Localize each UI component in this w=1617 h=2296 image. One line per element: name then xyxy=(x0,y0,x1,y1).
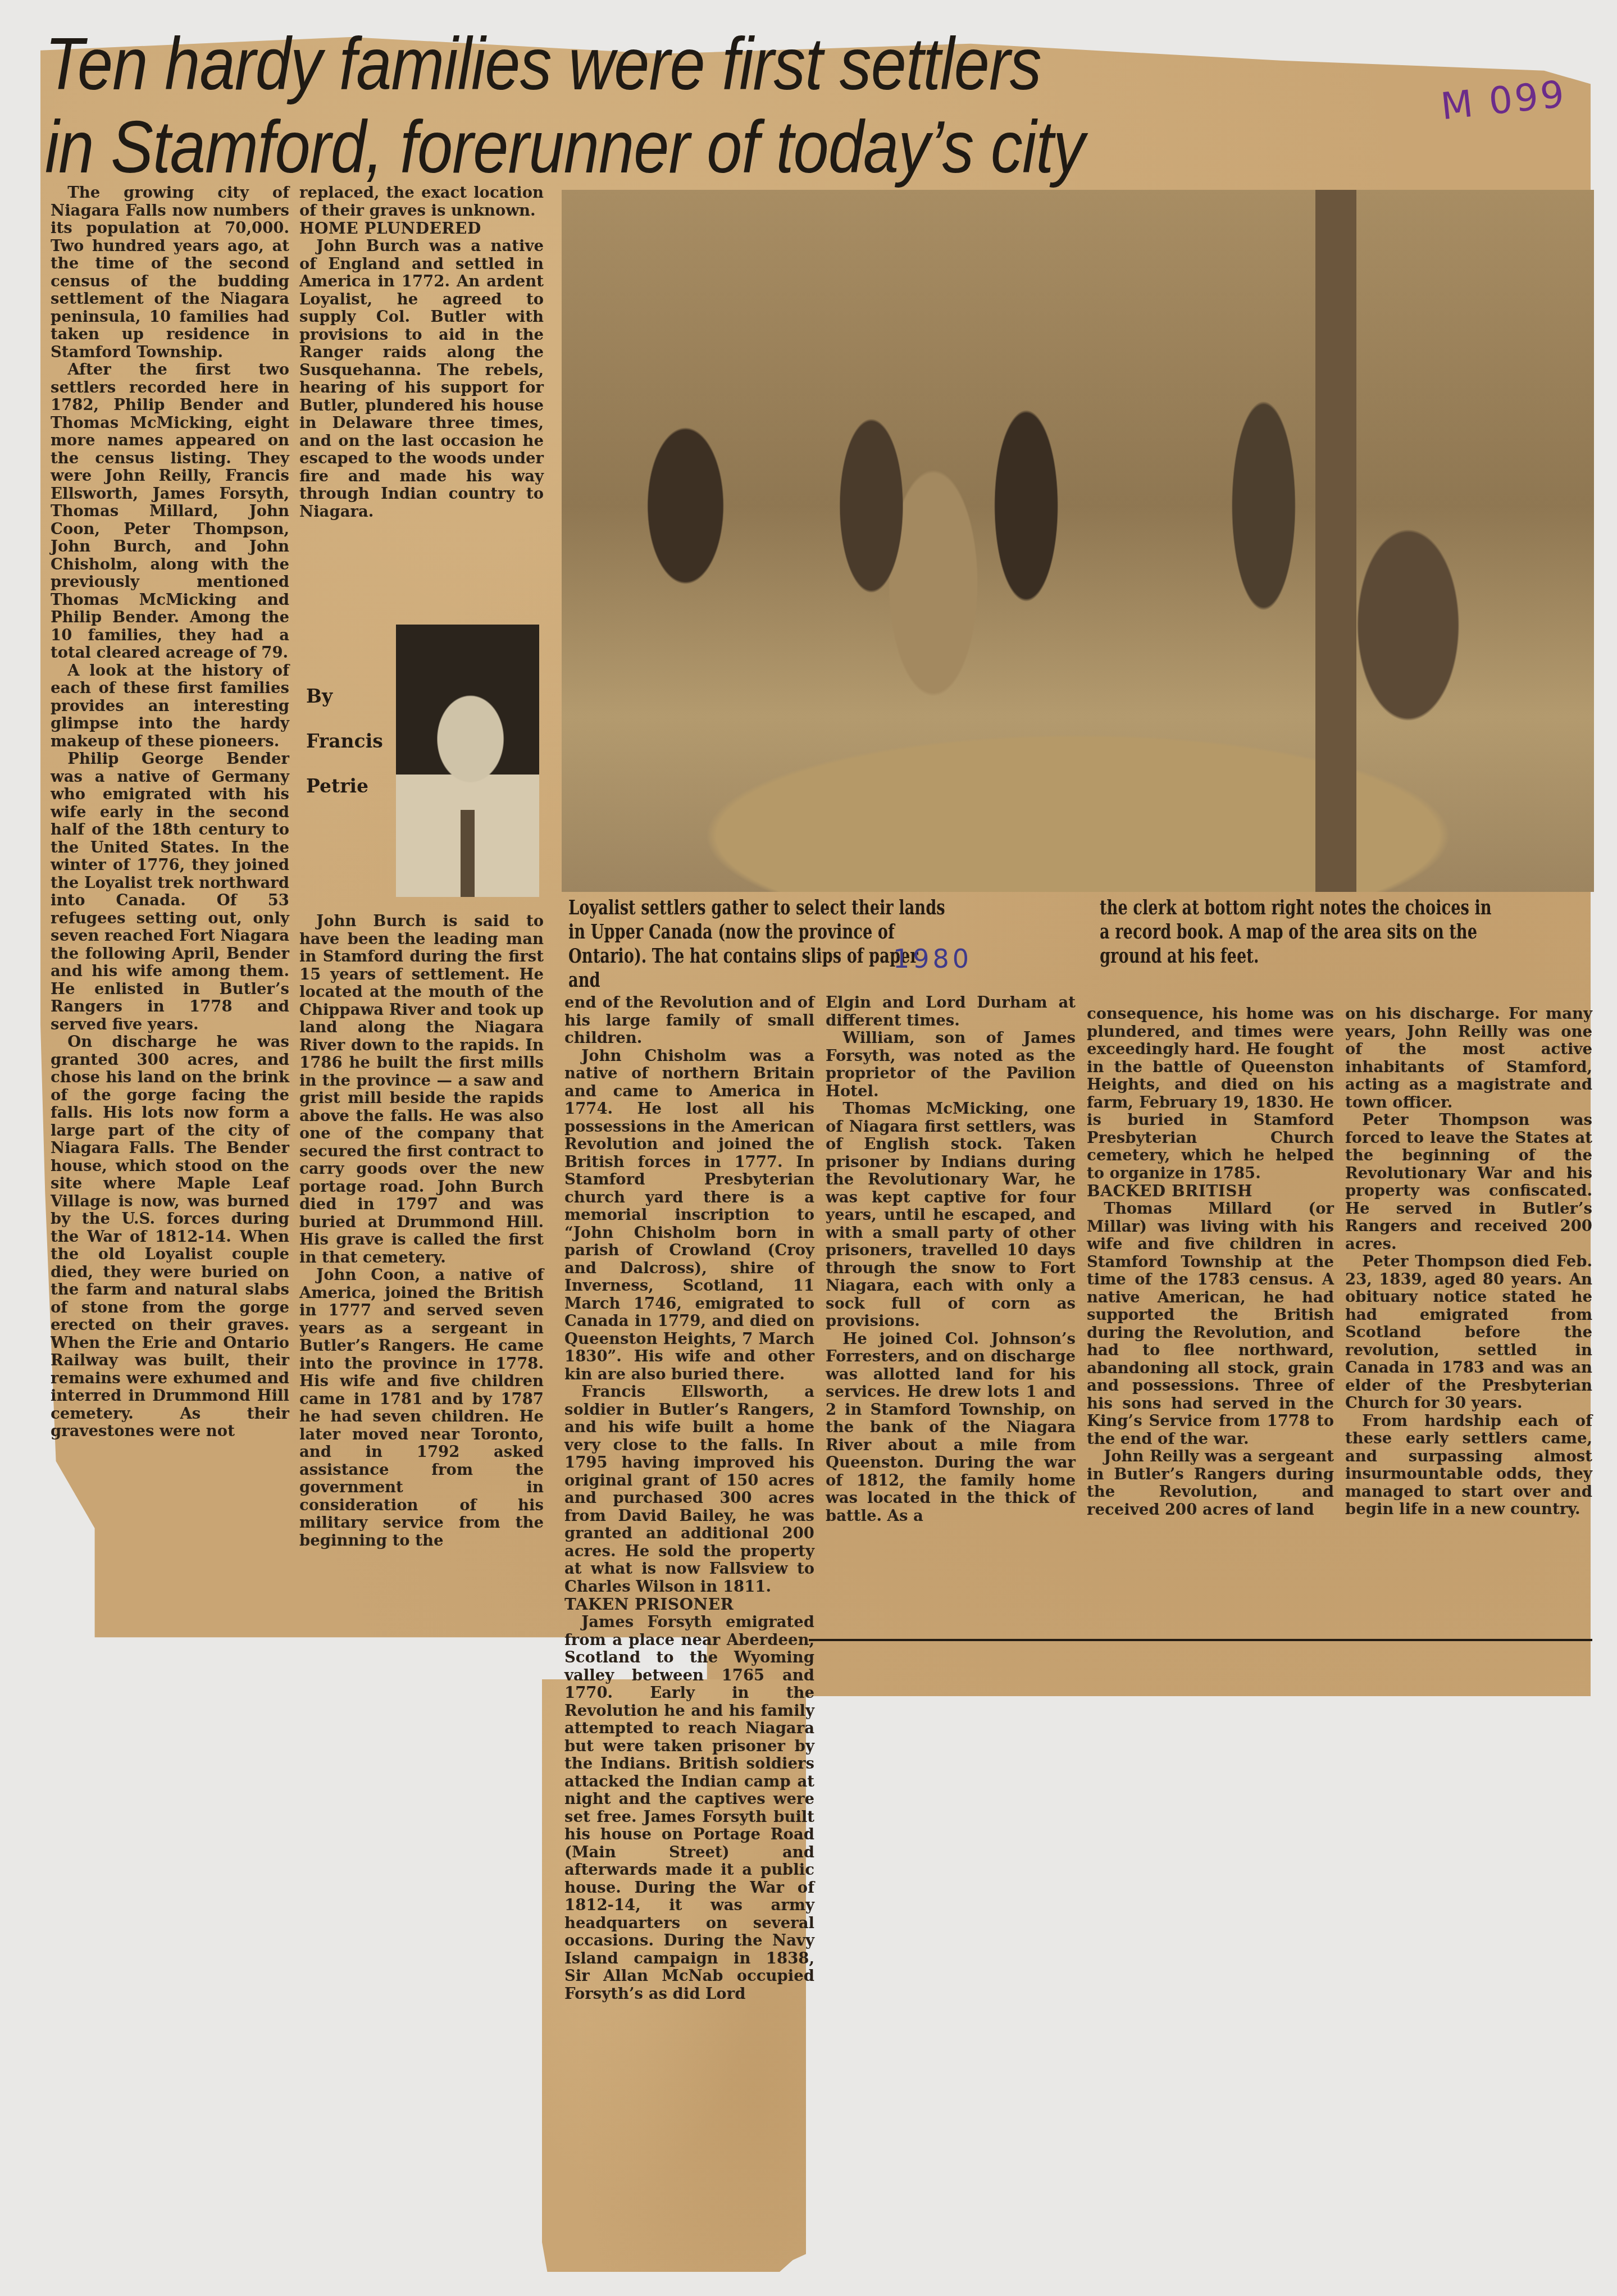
subheading-home-plundered: HOME PLUNDERED xyxy=(299,220,544,238)
handwritten-year: 1980 xyxy=(893,944,972,974)
article-column-1: The growing city of Niagara Falls now nu… xyxy=(51,184,289,1441)
article-column-2-top: replaced, the exact location of their gr… xyxy=(299,184,544,521)
paragraph: Peter Thompson died Feb. 23, 1839, aged … xyxy=(1345,1253,1592,1413)
article-column-6: on his discharge. For many years, John R… xyxy=(1345,1005,1592,1519)
paragraph: On discharge he was granted 300 acres, a… xyxy=(51,1033,289,1441)
paragraph: John Chisholm was a native of northern B… xyxy=(564,1047,814,1384)
subheading-backed-british: BACKED BRITISH xyxy=(1087,1182,1334,1200)
paragraph: After the first two settlers recorded he… xyxy=(51,361,289,662)
paragraph-continued: replaced, the exact location of their gr… xyxy=(299,184,544,220)
article-column-5: consequence, his home was plundered, and… xyxy=(1087,1005,1334,1519)
article-column-4: Elgin and Lord Durham at different times… xyxy=(826,994,1076,1525)
headline-line-2: in Stamford, forerunner of today’s city xyxy=(45,106,1252,189)
paragraph-continued: end of the Revolution and of his large f… xyxy=(564,994,814,1047)
loyalist-settlers-illustration xyxy=(562,190,1594,892)
paragraph-continued: on his discharge. For many years, John R… xyxy=(1345,1005,1592,1111)
paragraph: Peter Thompson was forced to leave the S… xyxy=(1345,1111,1592,1253)
paragraph-continued: Elgin and Lord Durham at different times… xyxy=(826,994,1076,1029)
paragraph: A look at the history of each of these f… xyxy=(51,662,289,751)
byline-first-name: Francis xyxy=(306,719,383,764)
paragraph: Philip George Bender was a native of Ger… xyxy=(51,750,289,1033)
illustration-caption-part-2: the clerk at bottom right notes the choi… xyxy=(1100,896,1494,968)
paragraph-continued: consequence, his home was plundered, and… xyxy=(1087,1005,1334,1182)
paragraph: From hardship each of these early settle… xyxy=(1345,1413,1592,1519)
paragraph: Thomas Millard (or Millar) was living wi… xyxy=(1087,1200,1334,1448)
paragraph: John Coon, a native of America, joined t… xyxy=(299,1267,544,1550)
paragraph: He joined Col. Johnson’s Forresters, and… xyxy=(826,1331,1076,1525)
paragraph: The growing city of Niagara Falls now nu… xyxy=(51,184,289,361)
paragraph: James Forsyth emigrated from a place nea… xyxy=(564,1614,814,2003)
paragraph: Thomas McMicking, one of Niagara first s… xyxy=(826,1100,1076,1331)
portrait-tie-shape xyxy=(461,810,475,897)
paragraph: John Burch is said to have been the lead… xyxy=(299,913,544,1267)
byline-last-name: Petrie xyxy=(306,764,383,809)
column-bottom-rule xyxy=(809,1639,1592,1641)
paragraph: William, son of James Forsyth, was noted… xyxy=(826,1029,1076,1100)
byline-by: By xyxy=(306,674,383,719)
paragraph: John Reilly was a sergeant in Butler’s R… xyxy=(1087,1448,1334,1519)
paragraph: John Burch was a native of England and s… xyxy=(299,238,544,521)
article-column-2-bottom: John Burch is said to have been the lead… xyxy=(299,913,544,1550)
headline-line-1: Ten hardy families were first settlers xyxy=(45,22,1252,106)
article-column-3: end of the Revolution and of his large f… xyxy=(564,994,814,2003)
byline: By Francis Petrie xyxy=(306,674,383,809)
subheading-taken-prisoner: TAKEN PRISONER xyxy=(564,1596,814,1614)
headline: Ten hardy families were first settlers i… xyxy=(45,22,1252,189)
paragraph: Francis Ellsworth, a soldier in Butler’s… xyxy=(564,1383,814,1596)
author-portrait-photo xyxy=(396,625,539,897)
